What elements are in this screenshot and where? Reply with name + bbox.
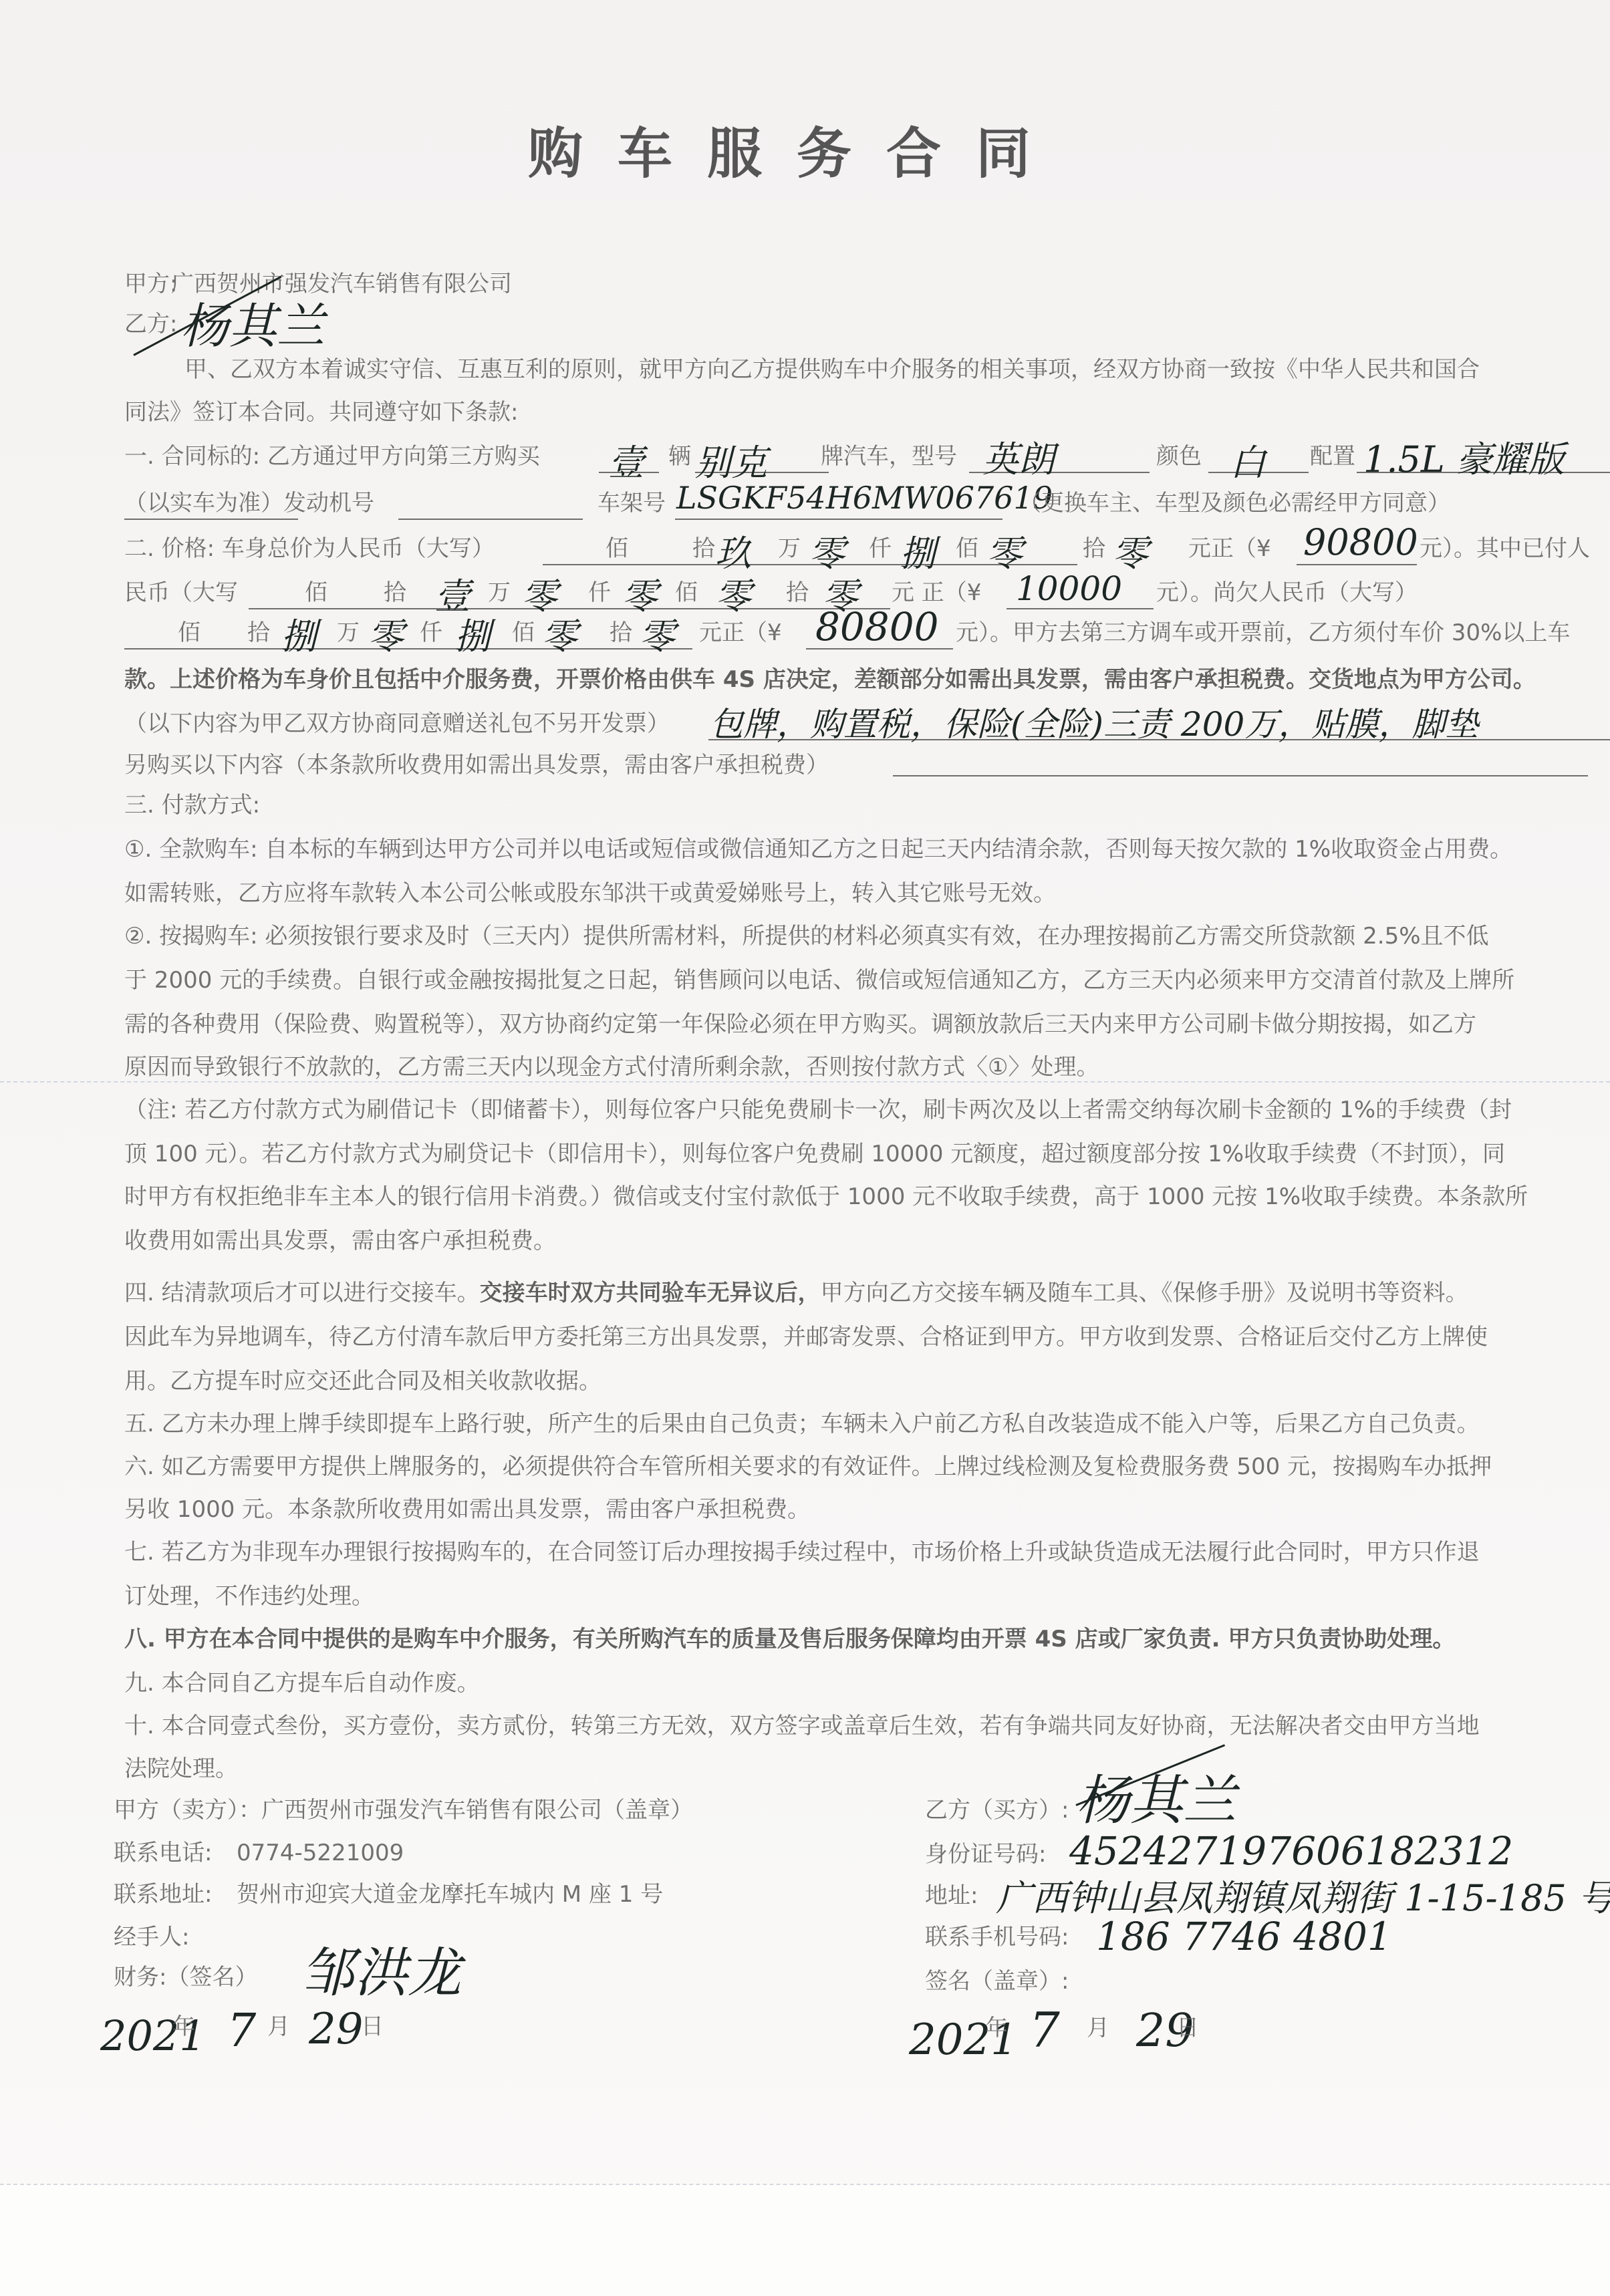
finance-signature: 邹洪龙: [301, 1930, 461, 2007]
blank-line: [124, 519, 298, 520]
clause1-text-e: 配置: [1310, 441, 1355, 472]
seller-address-label: 联系地址:: [114, 1879, 212, 1910]
clause7-line1: 七. 若乙方为非现车办理银行按揭购车的，在合同签订后办理按揭手续过程中，市场价格…: [124, 1537, 1480, 1568]
seller-label: 甲方（卖方）：广西贺州市强发汽车销售有限公司（盖章）: [114, 1795, 693, 1826]
unit-wan: 万: [488, 577, 511, 608]
blank-line: [1297, 564, 1417, 565]
page-bottom-margin: [0, 2184, 1610, 2296]
clause1-text-f: （以实车为准）发动机号: [124, 488, 374, 519]
clause1-text-a: 一. 合同标的: 乙方通过甲方向第三方购买: [124, 441, 540, 472]
unit-bai-2: 佰: [512, 617, 535, 648]
blank-line: [1007, 608, 1154, 609]
unit-qian: 仟: [420, 617, 442, 648]
vehicle-brand: 别克: [695, 434, 767, 486]
unit-bai: 佰: [606, 533, 628, 564]
handler-label: 经手人:: [114, 1922, 189, 1953]
clause1-text-b: 辆: [668, 441, 691, 472]
owed-shi2-digit: 零: [639, 608, 675, 660]
clause2-text-f: 元）。甲方去第三方调车或开票前，乙方须付车价 30%以上车: [956, 617, 1570, 648]
clause1-text-d: 颜色: [1156, 441, 1202, 472]
vehicle-color: 白: [1230, 434, 1266, 486]
party-a-label: 甲方:: [124, 269, 177, 299]
owed-shi-digit: 捌: [281, 608, 317, 660]
unit-wan: 万: [778, 533, 801, 564]
clause1-text-c: 牌汽车，型号: [821, 441, 957, 472]
owed-qian-digit: 捌: [454, 608, 491, 660]
clause3-note-line2: 顶 100 元）。若乙方付款方式为刷贷记卡（即信用卡），则每位客户免费刷 100…: [124, 1139, 1505, 1169]
clause6-line2: 另收 1000 元。本条款所收费用如需出具发票，需由客户承担税费。: [124, 1494, 810, 1525]
unit-wan: 万: [337, 617, 360, 648]
unit-shi-2: 拾: [610, 617, 632, 648]
clause3-p2-line1: ②. 按揭购车: 必须按银行要求及时（三天内）提供所需材料，所提供的材料必须真实…: [124, 921, 1489, 952]
paid-amount-number: 10000: [1016, 569, 1122, 608]
buyer-day-unit: 日: [1176, 2013, 1199, 2043]
clause10-line1: 十. 本合同壹式叁份，买方壹份，卖方贰份，转第三方无效，双方签字或盖章后生效，若…: [124, 1711, 1480, 1741]
finance-label: 财务:（签名）: [114, 1962, 257, 1993]
buyer-date-month: 7: [1029, 2002, 1060, 2058]
preamble-line-2: 同法》签订本合同。共同遵守如下条款:: [124, 397, 518, 428]
engine-number-blank: [398, 519, 583, 520]
buyer-month-unit: 月: [1087, 2013, 1109, 2043]
blank-line: [124, 648, 692, 650]
owed-bai-digit: 零: [541, 608, 577, 660]
vehicle-config: 1.5L 豪耀版: [1363, 431, 1565, 482]
clause7-line2: 订处理，不作违约处理。: [124, 1581, 374, 1612]
unit-qian: 仟: [869, 533, 892, 564]
seller-year-unit: 年: [172, 2011, 195, 2042]
party-b-signature: 杨其兰: [180, 287, 325, 357]
unit-shi: 拾: [384, 577, 406, 608]
clause3-p1-line1: ①. 全款购车: 自本标的车辆到达甲方公司并以电话或短信或微信通知乙方之日起三天…: [124, 834, 1512, 865]
buyer-id-number: 452427197606182312: [1069, 1828, 1513, 1874]
clause10-line2: 法院处理。: [124, 1753, 238, 1784]
extra-purchase-blank: [893, 775, 1588, 776]
clause2-text-g: 款。上述价格为车身价且包括中介服务费，开票价格由供车 4S 店决定，差额部分如需…: [124, 664, 1536, 695]
seller-day-unit: 日: [361, 2011, 384, 2042]
clause3-heading: 三. 付款方式:: [124, 790, 260, 821]
unit-shi: 拾: [692, 533, 715, 564]
buyer-id-label: 身份证号码:: [925, 1839, 1046, 1870]
unit-bai: 佰: [305, 577, 327, 608]
total-qian-digit: 捌: [900, 525, 936, 577]
buyer-phone-label: 联系手机号码:: [925, 1922, 1069, 1953]
clause4-line2: 因此车为异地调车，待乙方付清车款后甲方委托第三方出具发票，并邮寄发票、合格证到甲…: [124, 1322, 1488, 1352]
vin-number: LSGKF54H6MW067619: [676, 480, 1053, 516]
clause2-text-c: 民币（大写: [124, 577, 238, 608]
unit-qian: 仟: [588, 577, 611, 608]
unit-bai-2: 佰: [675, 577, 698, 608]
clause1-text-h: （更换车主、车型及颜色必需经甲方同意）: [1019, 488, 1450, 519]
blank-line: [675, 519, 1002, 520]
seller-address: 贺州市迎宾大道金龙摩托车城内 M 座 1 号: [237, 1879, 663, 1910]
clause8: 八. 甲方在本合同中提供的是购车中介服务，有关所购汽车的质量及售后服务保障均由开…: [124, 1624, 1455, 1655]
clause3-p2-line4: 原因而导致银行不放款的，乙方需三天内以现金方式付清所剩余款，否则按付款方式〈①〉…: [124, 1052, 1099, 1083]
owed-amount-number: 80800: [815, 604, 939, 650]
seller-phone: 0774-5221009: [237, 1838, 404, 1868]
unit-bai-2: 佰: [956, 533, 978, 564]
unit-bai: 佰: [178, 617, 200, 648]
clause2-text-e: 元）。尚欠人民币（大写）: [1156, 577, 1418, 608]
unit-shi-2: 拾: [1083, 533, 1105, 564]
seller-date-day: 29: [309, 2005, 363, 2054]
gift-package: 包牌，购置税，保险(全险)三责 200万，贴膜，脚垫: [710, 698, 1478, 746]
clause3-p1-line2: 如需转账，乙方应将车款转入本公司公帐或股东邹洪干或黄爱娣账号上，转入其它账号无效…: [124, 878, 1056, 909]
clause2-text-b: 元）。其中已付人: [1420, 533, 1590, 564]
total-price-number: 90800: [1303, 521, 1418, 563]
paid-bai-digit: 零: [715, 568, 751, 619]
clause2-text-h: （以下内容为甲乙双方协商同意赠送礼包不另开发票）: [124, 708, 670, 739]
clause4-part-a: 四. 结清款项后才可以进行交接车。: [124, 1280, 480, 1306]
buyer-phone: 186 7746 4801: [1096, 1914, 1392, 1959]
clause2-yuan-2: 元正（¥: [699, 617, 782, 648]
buyer-address-label: 地址:: [925, 1880, 978, 1911]
buyer-sign-label: 签名（盖章）:: [925, 1966, 1069, 1997]
preamble-line-1: 甲、乙双方本着诚实守信、互惠互利的原则，就甲方向乙方提供购车中介服务的相关事项，…: [184, 354, 1480, 385]
clause4-line3: 用。乙方提车时应交还此合同及相关收款收据。: [124, 1366, 601, 1397]
clause3-note-line4: 收费用如需出具发票，需由客户承担税费。: [124, 1226, 556, 1256]
buyer-year-unit: 年: [985, 2013, 1008, 2043]
buyer-label: 乙方（买方）:: [925, 1795, 1069, 1826]
owed-wan-digit: 零: [368, 608, 404, 660]
seller-month-unit: 月: [267, 2011, 290, 2042]
seller-phone-label: 联系电话:: [114, 1838, 212, 1868]
clause5: 五. 乙方未办理上牌手续即提车上路行驶，所产生的后果由自己负责；车辆未入户前乙方…: [124, 1409, 1480, 1439]
clause6-line1: 六. 如乙方需要甲方提供上牌服务的，必须提供符合车管所相关要求的有效证件。上牌过…: [124, 1451, 1492, 1482]
clause2-text-a: 二. 价格: 车身总价为人民币（大写）: [124, 533, 495, 564]
clause4-part-b: 交接车时双方共同验车无异议后，: [480, 1280, 821, 1306]
clause2-text-i: 另购买以下内容（本条款所收费用如需出具发票，需由客户承担税费）: [124, 750, 829, 780]
clause9: 九. 本合同自乙方提车后自动作废。: [124, 1668, 480, 1699]
vehicle-model: 英朗: [982, 431, 1055, 482]
unit-shi: 拾: [247, 617, 270, 648]
clause3-note-line1: （注: 若乙方付款方式为刷借记卡（即储蓄卡），则每位客户只能免费刷卡一次，刷卡两…: [124, 1095, 1512, 1125]
clause4-line1: 四. 结清款项后才可以进行交接车。交接车时双方共同验车无异议后，甲方向乙方交接车…: [124, 1278, 1468, 1308]
clause4-part-c: 甲方向乙方交接车辆及随车工具、《保修手册》及说明书等资料。: [821, 1280, 1468, 1306]
vehicle-quantity: 壹: [608, 434, 644, 486]
unit-shi-2: 拾: [786, 577, 809, 608]
document-title: 购车服务合同: [528, 110, 1065, 188]
clause3-p2-line3: 需的各种费用（保险费、购置税等），双方协商约定第一年保险必须在甲方购买。调额放款…: [124, 1009, 1476, 1040]
clause2-yuan: 元正（¥: [1188, 533, 1271, 564]
seller-date-month: 7: [227, 2005, 256, 2057]
clause3-note-line3: 时甲方有权拒绝非车主本人的银行信用卡消费。）微信或支付宝付款低于 1000 元不…: [124, 1181, 1528, 1212]
clause3-p2-line2: 于 2000 元的手续费。自银行或金融按揭批复之日起，销售顾问以电话、微信或短信…: [124, 965, 1514, 996]
clause1-text-g: 车架号: [597, 488, 666, 519]
